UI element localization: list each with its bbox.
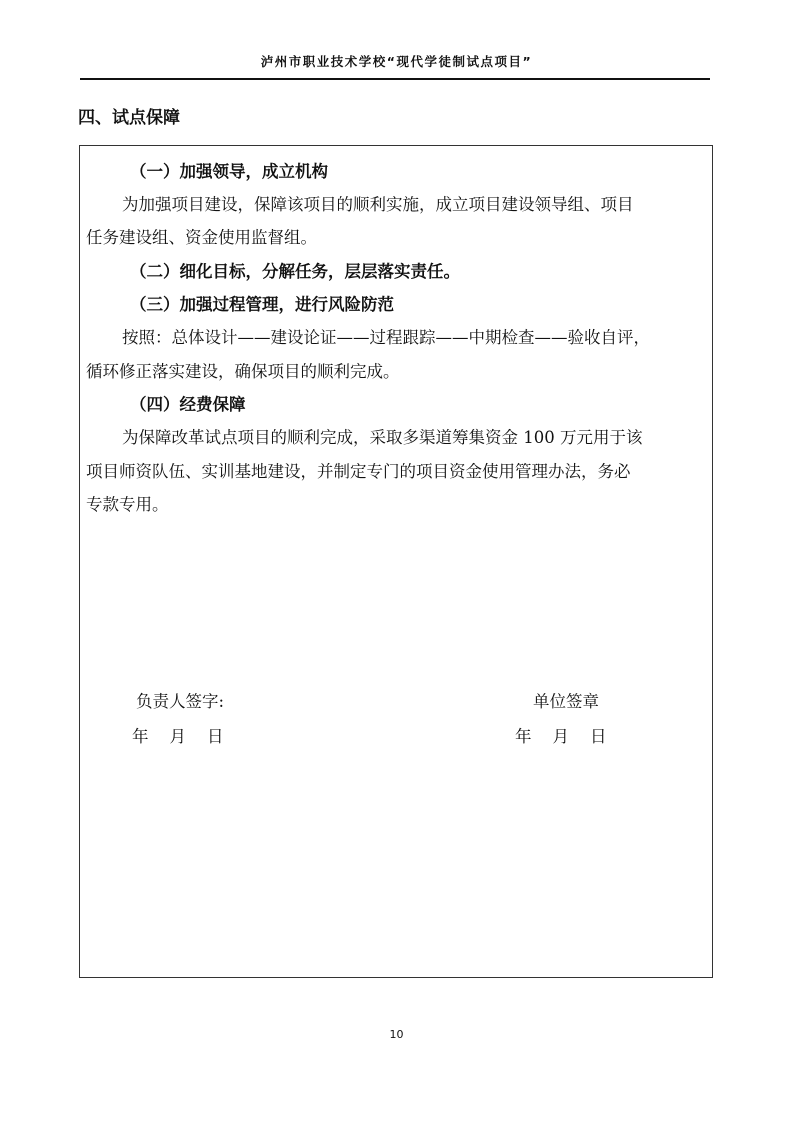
header-rule (80, 78, 710, 80)
paragraph-3-line-2: 循环修正落实建设，确保项目的顺利完成。 (86, 358, 400, 382)
paragraph-4-line-3: 专款专用。 (86, 491, 169, 515)
subheading-2: （二）细化目标，分解任务，层层落实责任。 (130, 258, 460, 282)
unit-seal-date: 年 月 日 (515, 723, 606, 747)
paragraph-1-line-2: 任务建设组、资金使用监督组。 (86, 224, 317, 248)
paragraph-1-line-1: 为加强项目建设，保障该项目的顺利实施，成立项目建设领导组、项目 (122, 191, 634, 215)
content-table-cell: （一）加强领导，成立机构 为加强项目建设，保障该项目的顺利实施，成立项目建设领导… (79, 145, 713, 978)
paragraph-4-line-2: 项目师资队伍、实训基地建设，并制定专门的项目资金使用管理办法，务必 (86, 458, 631, 482)
signer-label: 负责人签字: (136, 688, 224, 712)
paragraph-3-line-1: 按照：总体设计——建设论证——过程跟踪——中期检查——验收自评， (122, 324, 650, 348)
subheading-1: （一）加强领导，成立机构 (130, 158, 328, 182)
unit-seal-label: 单位签章 (533, 688, 599, 712)
subheading-4: （四）经费保障 (130, 391, 246, 415)
section-title: 四、试点保障 (78, 103, 180, 128)
signer-date: 年 月 日 (132, 723, 223, 747)
subheading-3: （三）加强过程管理，进行风险防范 (130, 291, 394, 315)
paragraph-4-line-1: 为保障改革试点项目的顺利完成，采取多渠道筹集资金 100 万元用于该 (122, 424, 642, 448)
running-header-title: 泸州市职业技术学校“现代学徒制试点项目” (0, 52, 793, 70)
page-number: 10 (0, 1028, 793, 1041)
